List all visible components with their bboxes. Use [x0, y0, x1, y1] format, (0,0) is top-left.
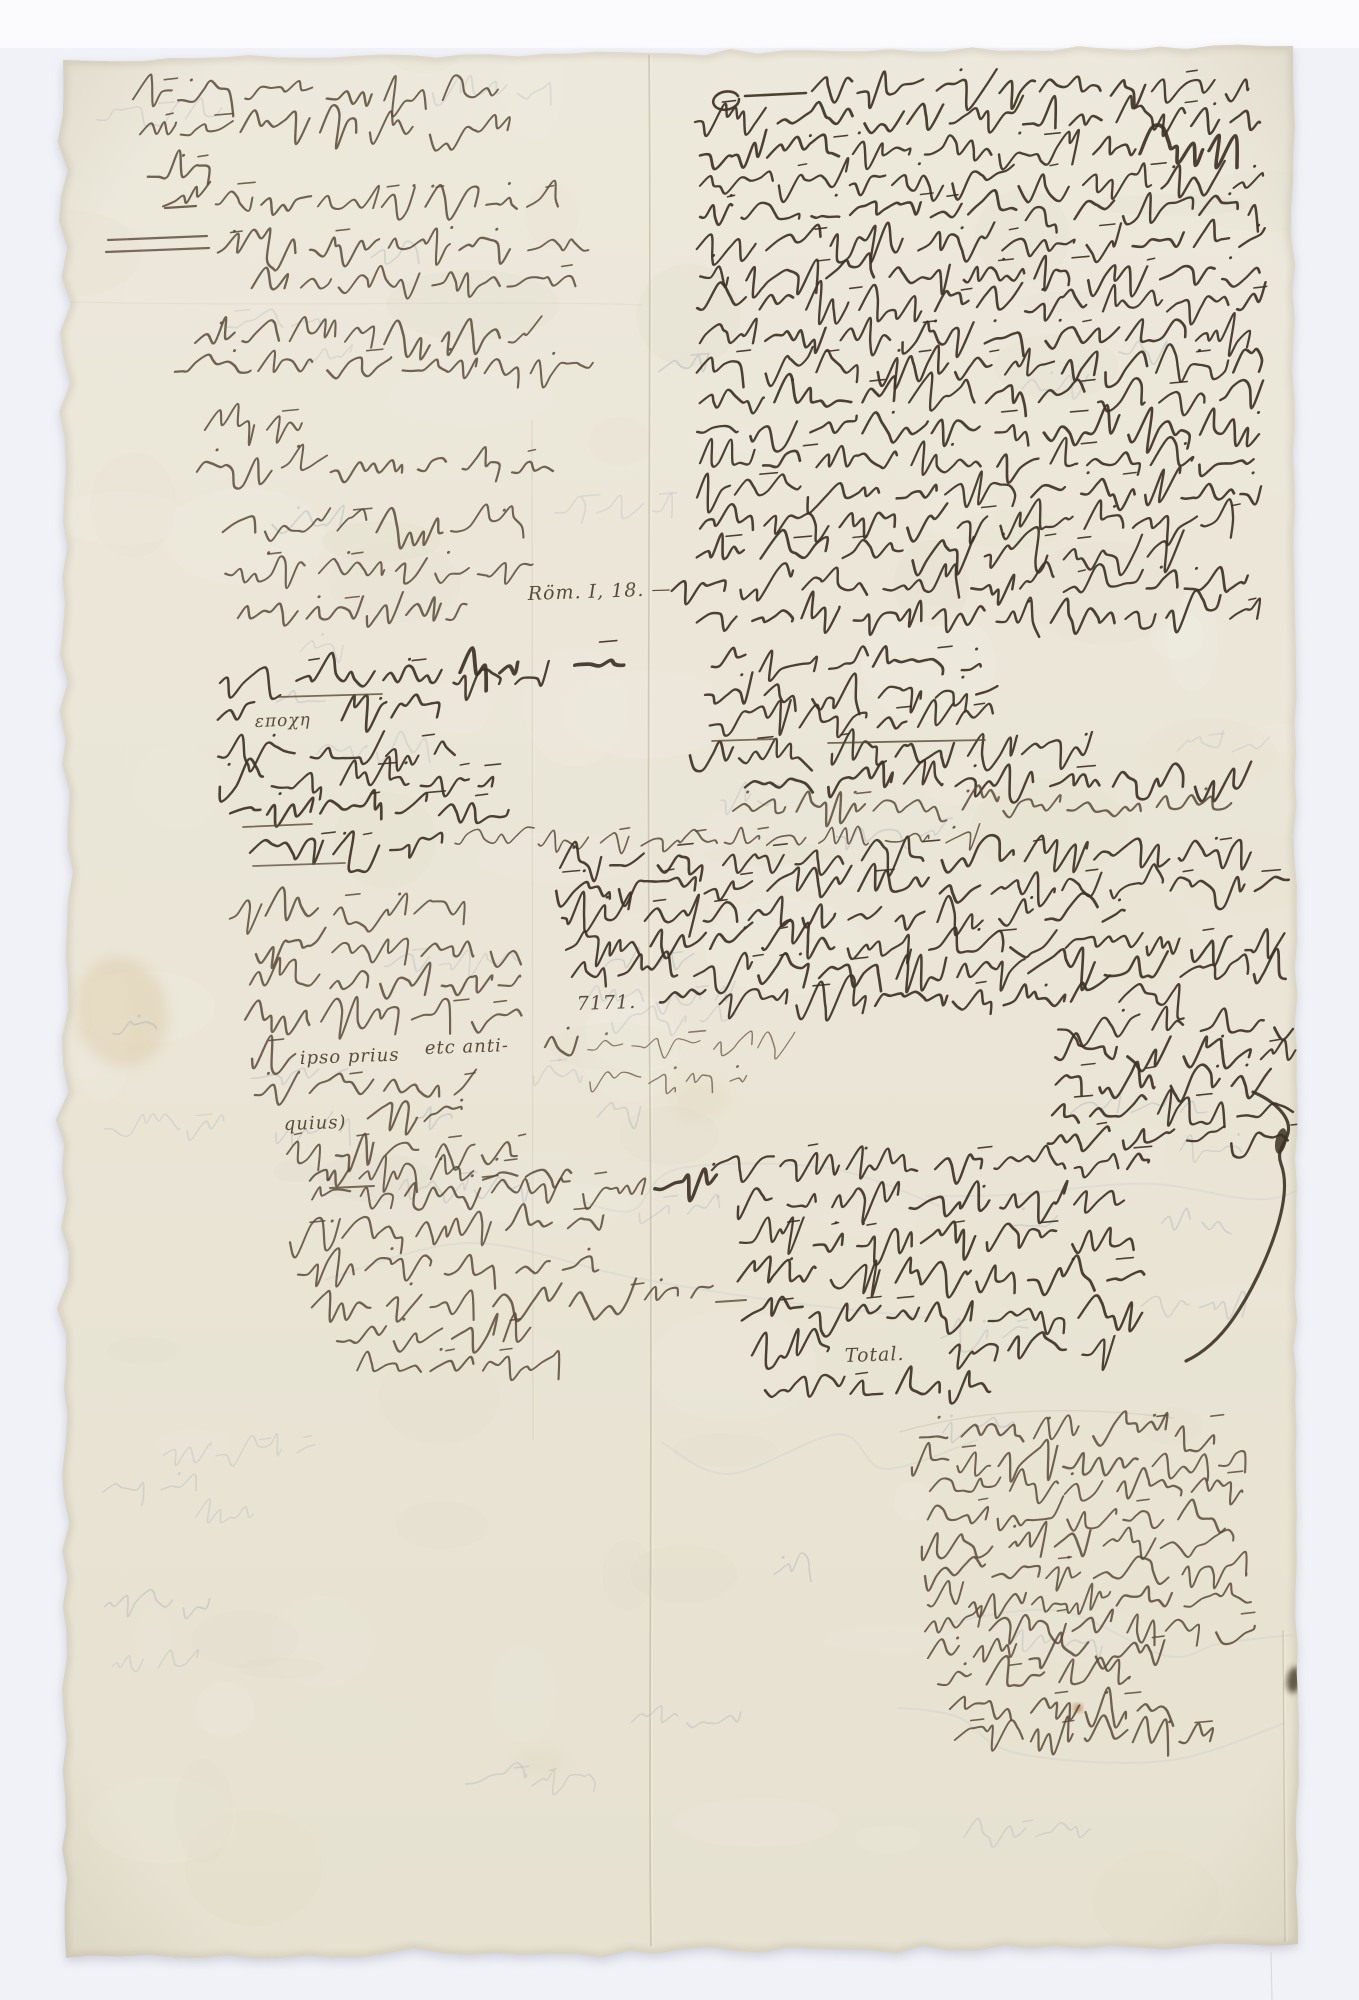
- manuscript-scan-viewer: Röm. I, 18. —εποχηipso priusetc anti-qui…: [0, 0, 1359, 2000]
- legible-fragment: quius): [283, 1112, 346, 1135]
- legible-fragment: εποχη: [254, 710, 311, 732]
- legible-fragment: Total.: [844, 1343, 904, 1367]
- legible-fragment: ipso prius: [299, 1045, 399, 1069]
- legible-fragment: etc anti-: [424, 1035, 509, 1059]
- scanner-background-top: [0, 0, 1359, 48]
- manuscript-scan: Röm. I, 18. —εποχηipso priusetc anti-qui…: [0, 0, 1359, 2000]
- legible-fragment: 7171.: [576, 991, 636, 1015]
- paper-surface: Röm. I, 18. —εποχηipso priusetc anti-qui…: [0, 0, 1359, 2000]
